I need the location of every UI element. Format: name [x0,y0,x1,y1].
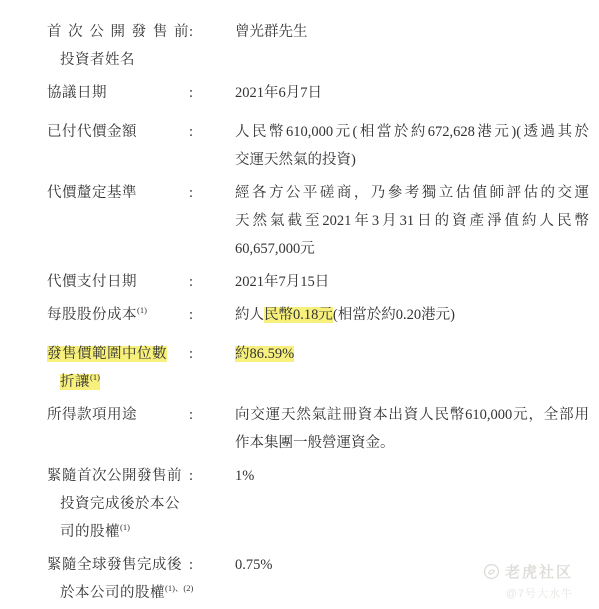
value-line: 作本集團一般營運資金。 [235,429,589,457]
label-text: 每股股份成本 [47,307,137,323]
colon-separator: : [189,179,235,207]
footnote-marker: (1) [120,522,130,532]
row-post-pre-ipo-shareholding: 緊隨首次公開發售前 投資完成後於本公 司的股權(1) : 1% [0,462,599,546]
label-line: 投資完成後於本公 [47,490,189,518]
label-text: 折讓 [60,374,90,390]
colon-separator: : [189,301,235,329]
value-line: 2021年6月7日 [235,79,589,107]
value-line: 2021年7月15日 [235,268,589,296]
colon-separator: : [189,79,235,107]
highlighted-value-text: 民幣0.18元 [264,307,333,323]
field-label-midpoint-discount: 發售價範圍中位數 折讓(1) [47,340,189,396]
value-line: 60,657,000元 [235,235,589,263]
field-value-payment-date: 2021年7月15日 [235,268,589,296]
value-line: 人民幣610,000元(相當於約672,628港元)(透過其於 [235,118,589,146]
colon-separator: : [189,462,235,490]
label-line: 所得款項用途 [47,401,189,429]
label-line: 折讓(1) [47,368,189,396]
field-value-per-share-cost: 約人民幣0.18元(相當於約0.20港元) [235,301,589,329]
label-line: 於本公司的股權(1)、(2) [47,579,189,607]
watermark-brand-line: 老虎社区 [483,561,573,582]
colon-separator: : [189,268,235,296]
label-text: 於本公司的股權 [60,585,165,601]
field-label-use-of-proceeds: 所得款項用途 [47,401,189,429]
value-line: 交運天然氣的投資) [235,146,589,174]
row-per-share-cost: 每股股份成本(1) : 約人民幣0.18元(相當於約0.20港元) [0,301,599,329]
prospectus-document-page: 首次公開發售前 投資者姓名 : 曾光群先生 協議日期 : 2021年6月7日 已… [0,0,599,609]
label-line: 已付代價金額 [47,118,189,146]
value-line: 約人民幣0.18元(相當於約0.20港元) [235,301,589,329]
field-value-agreement-date: 2021年6月7日 [235,79,589,107]
field-value-post-pre-ipo-shareholding: 1% [235,462,589,490]
colon-separator: : [189,118,235,146]
row-use-of-proceeds: 所得款項用途 : 向交運天然氣註冊資本出資人民幣610,000元，全部用 作本集… [0,401,599,457]
footnote-marker: (1) [90,372,100,382]
value-line: 1% [235,462,589,490]
row-midpoint-discount: 發售價範圍中位數 折讓(1) : 約86.59% [0,340,599,396]
value-line: 經各方公平磋商，乃參考獨立估值師評估的交運 [235,179,589,207]
field-label-pre-ipo-investor: 首次公開發售前 投資者姓名 [47,18,189,74]
watermark-brand-text: 老虎社区 [505,561,573,582]
label-text: 司的股權 [60,524,120,540]
field-value-use-of-proceeds: 向交運天然氣註冊資本出資人民幣610,000元，全部用 作本集團一般營運資金。 [235,401,589,457]
label-line: 協議日期 [47,79,189,107]
row-consideration-basis: 代價釐定基準 : 經各方公平磋商，乃參考獨立估值師評估的交運 天然氣截至2021… [0,179,599,263]
row-pre-ipo-investor: 首次公開發售前 投資者姓名 : 曾光群先生 [0,18,599,74]
field-label-consideration-basis: 代價釐定基準 [47,179,189,207]
field-value-consideration-paid: 人民幣610,000元(相當於約672,628港元)(透過其於 交運天然氣的投資… [235,118,589,174]
label-line: 緊隨首次公開發售前 [47,462,189,490]
field-value-consideration-basis: 經各方公平磋商，乃參考獨立估值師評估的交運 天然氣截至2021年3月31日的資產… [235,179,589,263]
value-text: (相當於約0.20港元) [333,307,455,323]
colon-separator: : [189,401,235,429]
value-line: 向交運天然氣註冊資本出資人民幣610,000元，全部用 [235,401,589,429]
label-line: 代價支付日期 [47,268,189,296]
field-label-post-pre-ipo-shareholding: 緊隨首次公開發售前 投資完成後於本公 司的股權(1) [47,462,189,546]
value-line: 天然氣截至2021年3月31日的資產淨值約人民幣 [235,207,589,235]
row-agreement-date: 協議日期 : 2021年6月7日 [0,79,599,107]
field-label-per-share-cost: 每股股份成本(1) [47,301,189,329]
field-label-consideration-paid: 已付代價金額 [47,118,189,146]
value-text: 約人 [235,307,264,323]
field-value-midpoint-discount: 約86.59% [235,340,589,368]
row-consideration-paid: 已付代價金額 : 人民幣610,000元(相當於約672,628港元)(透過其於… [0,118,599,174]
label-line: 每股股份成本(1) [47,301,189,329]
colon-separator: : [189,18,235,46]
label-line: 緊隨全球發售完成後 [47,551,189,579]
field-value-pre-ipo-investor: 曾光群先生 [235,18,589,46]
field-label-post-global-offering: 緊隨全球發售完成後 於本公司的股權(1)、(2) [47,551,189,607]
footnote-marker: (1) [137,305,147,315]
label-line: 司的股權(1) [47,518,189,546]
row-payment-date: 代價支付日期 : 2021年7月15日 [0,268,599,296]
footnote-marker: (1)、(2) [165,583,193,593]
value-line: 曾光群先生 [235,18,589,46]
highlighted-label-text: 折讓(1) [60,374,100,390]
colon-separator: : [189,551,235,579]
highlighted-label-text: 發售價範圍中位數 [47,346,167,362]
field-label-payment-date: 代價支付日期 [47,268,189,296]
label-line: 發售價範圍中位數 [47,340,189,368]
highlighted-value-text: 約86.59% [235,346,294,362]
label-line: 代價釐定基準 [47,179,189,207]
value-line: 約86.59% [235,340,589,368]
tiger-community-watermark: 老虎社区 @7号大水牛 [483,561,573,601]
label-line: 投資者姓名 [47,46,189,74]
watermark-user-handle: @7号大水牛 [483,585,573,601]
colon-separator: : [189,340,235,368]
label-line: 首次公開發售前 [47,18,189,46]
tiger-circle-icon [483,563,500,580]
field-label-agreement-date: 協議日期 [47,79,189,107]
